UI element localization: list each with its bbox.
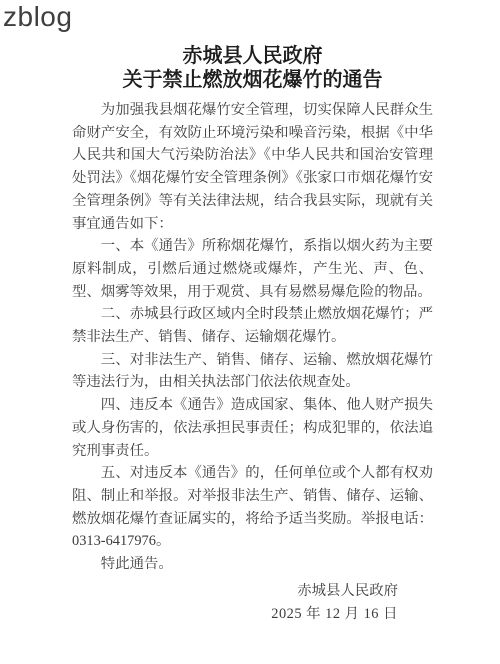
closing-line: 特此通告。 (72, 553, 433, 576)
signature-date: 2025 年 12 月 16 日 (72, 603, 398, 626)
notice-document: 赤城县人民政府 关于禁止燃放烟花爆竹的通告 为加强我县烟花爆竹安全管理，切实保障… (72, 44, 433, 626)
site-header: zblog (3, 1, 72, 33)
paragraph-item-1: 一、本《通告》所称烟花爆竹，系指以烟火药为主要原料制成，引燃后通过燃烧或爆炸，产… (72, 235, 433, 303)
signature-issuer: 赤城县人民政府 (72, 580, 398, 603)
document-title-line1: 赤城县人民政府 (72, 44, 433, 68)
signature-block: 赤城县人民政府 2025 年 12 月 16 日 (72, 580, 433, 626)
paragraph-item-5: 五、对违反本《通告》的，任何单位或个人都有权劝阻、制止和举报。对举报非法生产、销… (72, 462, 433, 553)
document-title: 赤城县人民政府 关于禁止燃放烟花爆竹的通告 (72, 44, 433, 92)
paragraph-item-4: 四、违反本《通告》造成国家、集体、他人财产损失或人身伤害的，依法承担民事责任；构… (72, 394, 433, 462)
site-logo[interactable]: zblog (3, 1, 72, 32)
document-title-line2: 关于禁止燃放烟花爆竹的通告 (72, 68, 433, 92)
paragraph-item-3: 三、对非法生产、销售、储存、运输、燃放烟花爆竹等违法行为，由相关执法部门依法依规… (72, 349, 433, 394)
paragraph-item-2: 二、赤城县行政区域内全时段禁止燃放烟花爆竹；严禁非法生产、销售、储存、运输烟花爆… (72, 303, 433, 348)
paragraph-intro: 为加强我县烟花爆竹安全管理，切实保障人民群众生命财产安全，有效防止环境污染和噪音… (72, 99, 433, 235)
